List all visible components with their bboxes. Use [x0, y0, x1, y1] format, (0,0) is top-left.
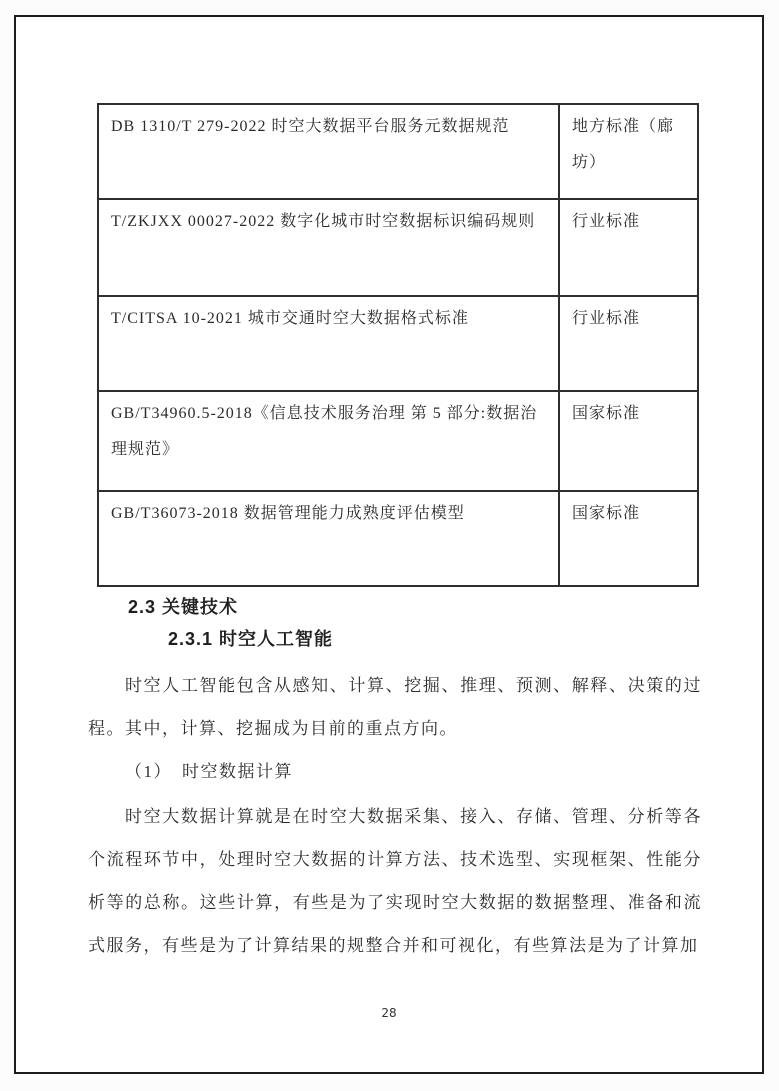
standard-name-cell: GB/T34960.5-2018《信息技术服务治理 第 5 部分:数据治理规范》	[98, 391, 559, 491]
standards-table: DB 1310/T 279-2022 时空大数据平台服务元数据规范 地方标准（廊…	[97, 103, 699, 587]
standard-name-cell: GB/T36073-2018 数据管理能力成熟度评估模型	[98, 491, 559, 586]
table-row: DB 1310/T 279-2022 时空大数据平台服务元数据规范 地方标准（廊…	[98, 104, 698, 199]
standard-category-cell: 国家标准	[559, 391, 698, 491]
standard-name-cell: T/CITSA 10-2021 城市交通时空大数据格式标准	[98, 296, 559, 391]
list-item: （1） 时空数据计算	[88, 750, 702, 793]
standard-name-cell: T/ZKJXX 00027-2022 数字化城市时空数据标识编码规则	[98, 199, 559, 296]
body-paragraph: 时空大数据计算就是在时空大数据采集、接入、存储、管理、分析等各个流程环节中，处理…	[88, 795, 702, 967]
page-border: DB 1310/T 279-2022 时空大数据平台服务元数据规范 地方标准（廊…	[14, 15, 764, 1074]
section-heading: 2.3 关键技术	[128, 594, 238, 620]
table-row: T/ZKJXX 00027-2022 数字化城市时空数据标识编码规则 行业标准	[98, 199, 698, 296]
table-row: GB/T36073-2018 数据管理能力成熟度评估模型 国家标准	[98, 491, 698, 586]
standard-category-cell: 行业标准	[559, 199, 698, 296]
standard-name-cell: DB 1310/T 279-2022 时空大数据平台服务元数据规范	[98, 104, 559, 199]
standard-category-cell: 行业标准	[559, 296, 698, 391]
page-number: 28	[16, 1005, 762, 1021]
table-row: GB/T34960.5-2018《信息技术服务治理 第 5 部分:数据治理规范》…	[98, 391, 698, 491]
scanned-document-page: DB 1310/T 279-2022 时空大数据平台服务元数据规范 地方标准（廊…	[0, 0, 779, 1091]
standard-category-cell: 国家标准	[559, 491, 698, 586]
intro-paragraph: 时空人工智能包含从感知、计算、挖掘、推理、预测、解释、决策的过程。其中，计算、挖…	[88, 664, 702, 750]
table-row: T/CITSA 10-2021 城市交通时空大数据格式标准 行业标准	[98, 296, 698, 391]
standard-category-cell: 地方标准（廊坊）	[559, 104, 698, 199]
subsection-heading: 2.3.1 时空人工智能	[168, 626, 333, 652]
